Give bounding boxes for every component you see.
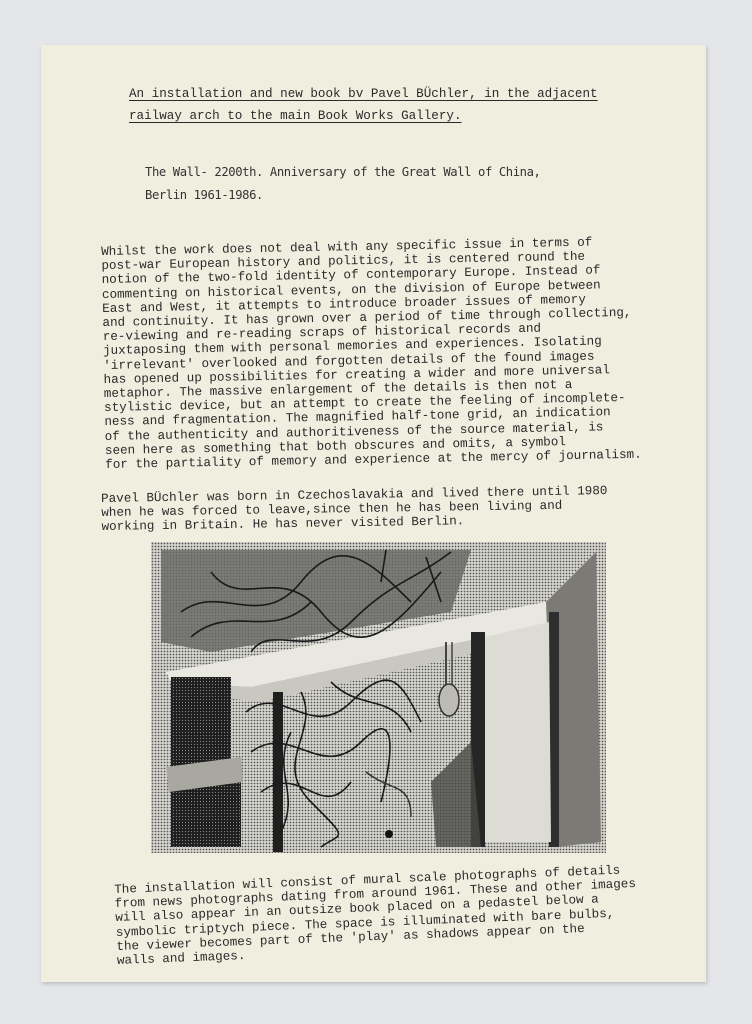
paragraph-biography: Pavel BÜchler was born in Czechoslavakia…: [101, 483, 702, 535]
heading-line: An installation and new book bv Pavel BÜ…: [129, 87, 598, 101]
title-line: The Wall- 2200th. Anniversary of the Gre…: [145, 161, 665, 184]
document-page: An installation and new book bv Pavel BÜ…: [41, 45, 706, 982]
exhibition-title: The Wall- 2200th. Anniversary of the Gre…: [145, 161, 665, 207]
paragraph-installation: The installation will consist of mural s…: [114, 860, 717, 968]
paragraph-concept: Whilst the work does not deal with any s…: [101, 233, 705, 472]
halftone-photograph: [151, 542, 606, 853]
title-line: Berlin 1961-1986.: [145, 184, 665, 207]
heading: An installation and new book bv Pavel BÜ…: [129, 83, 649, 127]
heading-line: railway arch to the main Book Works Gall…: [129, 109, 462, 123]
